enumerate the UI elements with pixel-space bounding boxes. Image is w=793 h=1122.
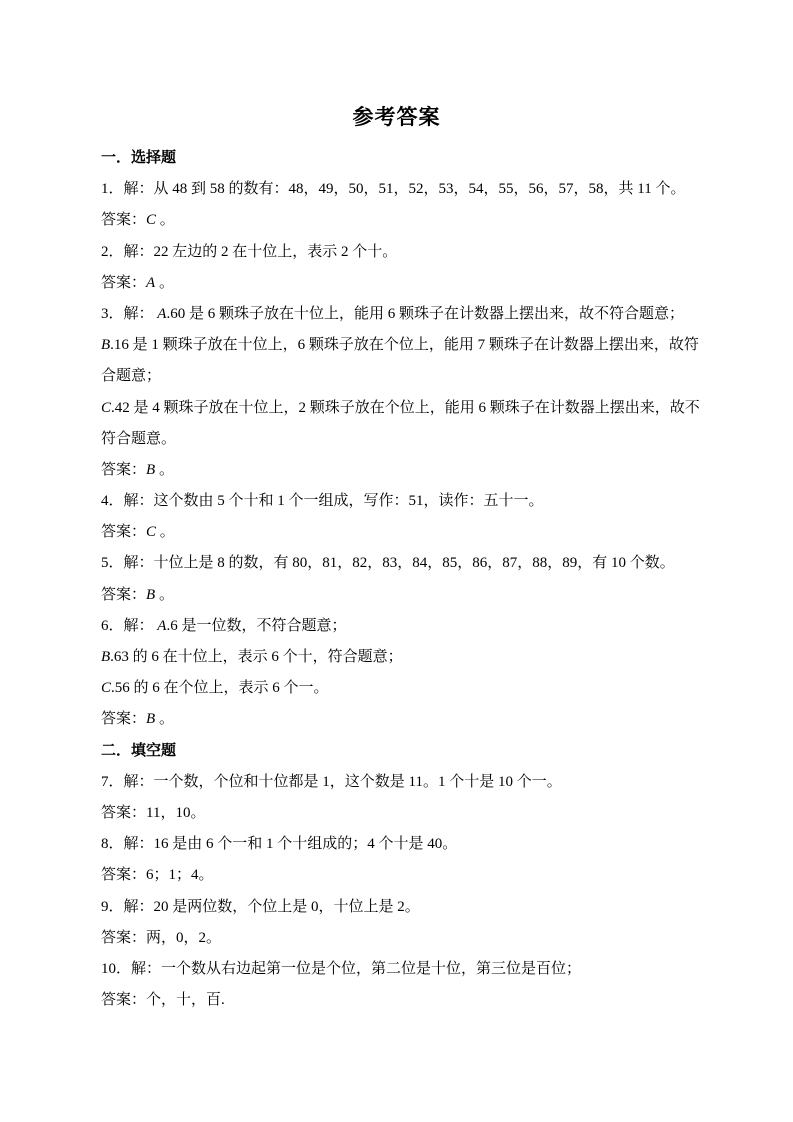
answer-letter: C — [146, 524, 156, 540]
answer-letter: C — [146, 212, 156, 228]
text-run: 。 — [155, 462, 174, 478]
text-run: 3．解： — [101, 306, 157, 322]
option-letter: C — [101, 680, 111, 696]
answer-letter: A — [146, 275, 155, 291]
answer-line: 答案：C 。 — [101, 205, 713, 236]
text-run: .60 是 6 颗珠子放在十位上，能用 6 颗珠子在计数器上摆出来，故不符合题意… — [166, 306, 684, 322]
answer-line: 答案：A 。 — [101, 268, 713, 299]
solution-line: 符合题意。 — [101, 424, 713, 455]
option-letter: B — [101, 649, 110, 665]
text-run: 答案：个，十，百. — [101, 992, 225, 1008]
option-letter: B — [101, 337, 110, 353]
text-run: 。 — [156, 212, 175, 228]
section-heading-choice: 一．选择题 — [101, 143, 713, 174]
solution-line: B.16 是 1 颗珠子放在十位上，6 颗珠子放在个位上，能用 7 颗珠子在计数… — [101, 330, 713, 361]
solution-line: 10．解：一个数从右边起第一位是个位，第二位是十位，第三位是百位； — [101, 954, 713, 985]
text-run: 答案： — [101, 587, 146, 603]
text-run: .42 是 4 颗珠子放在十位上，2 颗珠子放在个位上，能用 6 颗珠子在计数器… — [111, 400, 700, 416]
text-run: .63 的 6 在十位上，表示 6 个十，符合题意； — [110, 649, 403, 665]
text-run: .56 的 6 在个位上，表示 6 个一。 — [111, 680, 329, 696]
text-run: 5．解：十位上是 8 的数，有 80，81，82，83，84，85，86，87，… — [101, 555, 675, 571]
answer-line: 答案：B 。 — [101, 455, 713, 486]
text-run: 。 — [156, 524, 175, 540]
solution-line: 3．解： A.60 是 6 颗珠子放在十位上，能用 6 颗珠子在计数器上摆出来，… — [101, 299, 713, 330]
answer-key-page: 参考答案 一．选择题 1．解：从 48 到 58 的数有：48，49，50，51… — [0, 0, 793, 1122]
solution-line: 2．解：22 左边的 2 在十位上，表示 2 个十。 — [101, 237, 713, 268]
answer-key-body: 一．选择题 1．解：从 48 到 58 的数有：48，49，50，51，52，5… — [101, 143, 713, 1016]
text-run: 合题意； — [101, 368, 161, 384]
solution-line: C.42 是 4 颗珠子放在十位上，2 颗珠子放在个位上，能用 6 颗珠子在计数… — [101, 393, 713, 424]
answer-line: 答案：C 。 — [101, 517, 713, 548]
solution-line: 9．解：20 是两位数，个位上是 0，十位上是 2。 — [101, 892, 713, 923]
text-run: 二．填空题 — [101, 743, 176, 759]
answer-line: 答案：11，10。 — [101, 798, 713, 829]
solution-line: 合题意； — [101, 361, 713, 392]
text-run: 答案： — [101, 711, 146, 727]
answer-line: 答案：个，十，百. — [101, 985, 713, 1016]
text-run: 8．解：16 是由 6 个一和 1 个十组成的；4 个十是 40。 — [101, 836, 457, 852]
answer-line: 答案：B 。 — [101, 580, 713, 611]
answer-letter: B — [146, 711, 155, 727]
solution-line: 6．解： A.6 是一位数，不符合题意； — [101, 611, 713, 642]
text-run: 答案： — [101, 462, 146, 478]
text-run: 答案： — [101, 524, 146, 540]
solution-line: 5．解：十位上是 8 的数，有 80，81，82，83，84，85，86，87，… — [101, 548, 713, 579]
text-run: 符合题意。 — [101, 431, 176, 447]
answer-line: 答案：两，0，2。 — [101, 923, 713, 954]
solution-line: 8．解：16 是由 6 个一和 1 个十组成的；4 个十是 40。 — [101, 829, 713, 860]
answer-line: 答案：B 。 — [101, 704, 713, 735]
answer-letter: B — [146, 462, 155, 478]
solution-line: 4．解：这个数由 5 个十和 1 个一组成，写作：51，读作：五十一。 — [101, 486, 713, 517]
text-run: 1．解：从 48 到 58 的数有：48，49，50，51，52，53，54，5… — [101, 181, 685, 197]
text-run: 。 — [155, 711, 174, 727]
page-title: 参考答案 — [0, 101, 793, 131]
text-run: .6 是一位数，不符合题意； — [166, 618, 346, 634]
solution-line: C.56 的 6 在个位上，表示 6 个一。 — [101, 673, 713, 704]
text-run: 9．解：20 是两位数，个位上是 0，十位上是 2。 — [101, 899, 420, 915]
text-run: .16 是 1 颗珠子放在十位上，6 颗珠子放在个位上，能用 7 颗珠子在计数器… — [110, 337, 699, 353]
option-letter: C — [101, 400, 111, 416]
text-run: 答案：11，10。 — [101, 805, 205, 821]
text-run: 答案： — [101, 275, 146, 291]
section-heading-fill: 二．填空题 — [101, 736, 713, 767]
text-run: 答案：6；1；4。 — [101, 867, 214, 883]
text-run: 6．解： — [101, 618, 157, 634]
text-run: 7．解：一个数，个位和十位都是 1，这个数是 11。1 个十是 10 个一。 — [101, 774, 562, 790]
text-run: 一．选择题 — [101, 150, 176, 166]
text-run: 2．解：22 左边的 2 在十位上，表示 2 个十。 — [101, 244, 397, 260]
solution-line: B.63 的 6 在十位上，表示 6 个十，符合题意； — [101, 642, 713, 673]
text-run: 10．解：一个数从右边起第一位是个位，第二位是十位，第三位是百位； — [101, 961, 581, 977]
solution-line: 1．解：从 48 到 58 的数有：48，49，50，51，52，53，54，5… — [101, 174, 713, 205]
answer-letter: B — [146, 587, 155, 603]
text-run: 答案： — [101, 212, 146, 228]
answer-line: 答案：6；1；4。 — [101, 860, 713, 891]
text-run: 。 — [155, 275, 174, 291]
text-run: 。 — [155, 587, 174, 603]
text-run: 答案：两，0，2。 — [101, 930, 221, 946]
solution-line: 7．解：一个数，个位和十位都是 1，这个数是 11。1 个十是 10 个一。 — [101, 767, 713, 798]
text-run: 4．解：这个数由 5 个十和 1 个一组成，写作：51，读作：五十一。 — [101, 493, 544, 509]
